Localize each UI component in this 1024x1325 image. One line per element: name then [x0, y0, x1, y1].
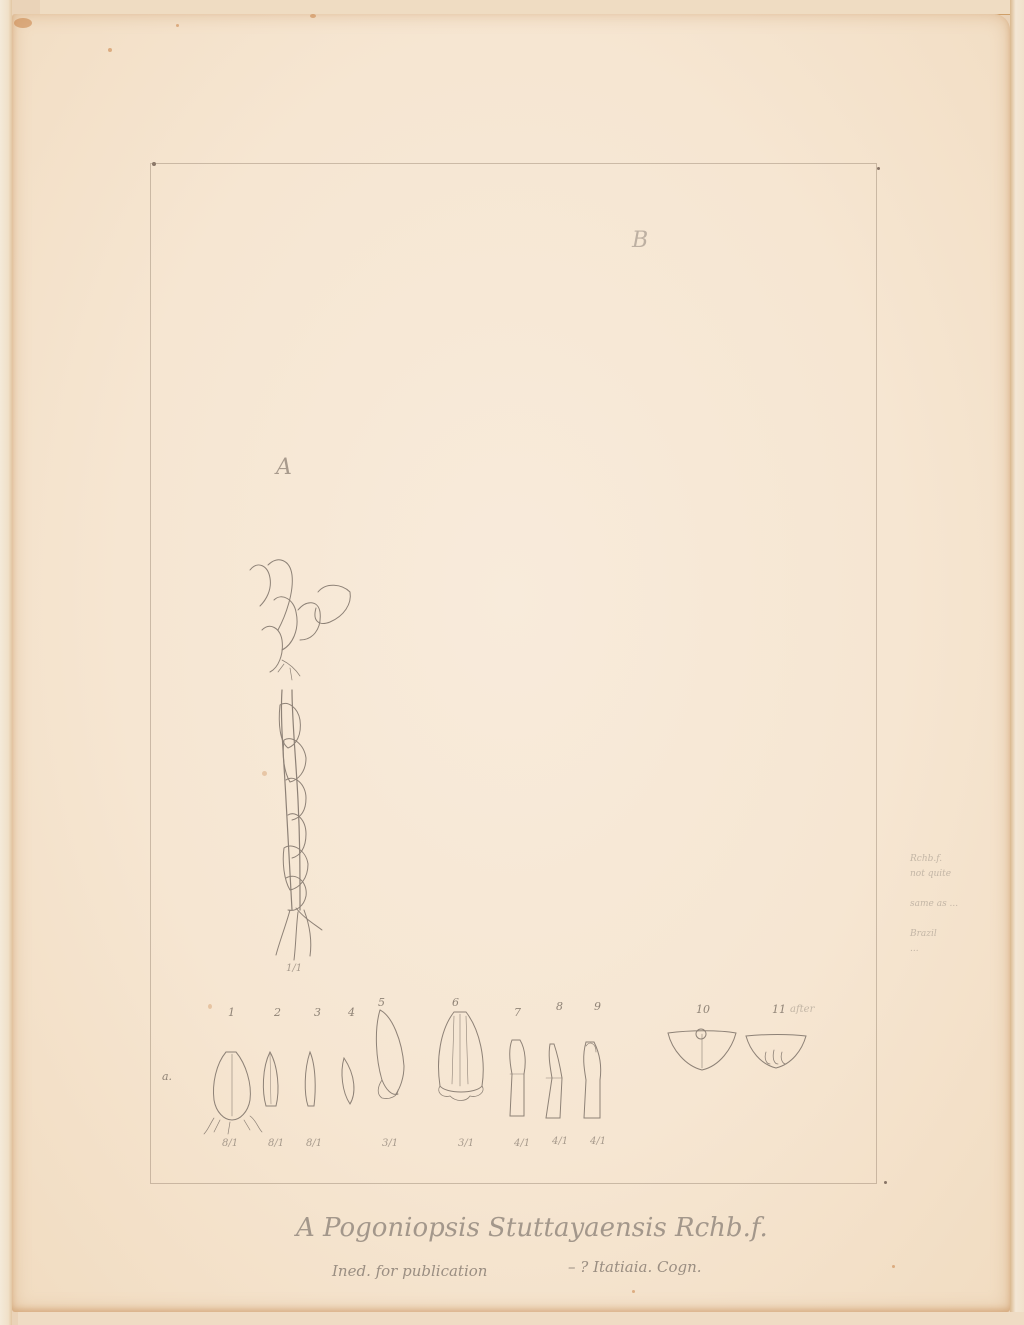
figure-number-7: 7 [514, 1006, 521, 1019]
plate-label-a: A [276, 455, 292, 480]
habit-scale-label: 1/1 [286, 963, 302, 974]
figure-number-10: 10 [696, 1003, 710, 1016]
figure-scale-6: 3/1 [458, 1138, 474, 1149]
figure-number-1: 1 [228, 1006, 235, 1019]
figure-number-6: 6 [452, 996, 459, 1009]
botanical-drawing [0, 0, 1024, 1325]
figure-scale-2: 8/1 [268, 1138, 284, 1149]
figure-number-2: 2 [274, 1006, 281, 1019]
margin-note: Rchb.f. not quite same as ... Brazil ... [910, 852, 958, 957]
figures-7-9-drawing [510, 1040, 601, 1118]
figure-number-3: 3 [314, 1006, 321, 1019]
figure-5-drawing [376, 1010, 404, 1099]
figure-1-drawing [204, 1052, 262, 1134]
figure-number-9: 9 [594, 1000, 601, 1013]
figure-6-drawing [439, 1012, 484, 1101]
plate-label-b: B [632, 228, 648, 253]
figure-scale-7: 4/1 [514, 1138, 530, 1149]
habit-illustration [250, 560, 350, 960]
dissection-marker: a. [162, 1070, 172, 1083]
figure-number-5: 5 [378, 996, 385, 1009]
caption-publication-note: Ined. for publication [332, 1262, 487, 1280]
caption-synonym-note: – ? Itatiaia. Cogn. [568, 1258, 702, 1276]
figure-11-note: after [790, 1004, 814, 1015]
figure-number-8: 8 [556, 1000, 563, 1013]
figure-number-11: 11 [772, 1003, 786, 1016]
figure-scale-3: 8/1 [306, 1138, 322, 1149]
figure-scale-5: 3/1 [382, 1138, 398, 1149]
figures-2-4-drawing [263, 1052, 354, 1106]
figure-scale-8: 4/1 [552, 1136, 568, 1147]
figure-number-4: 4 [348, 1006, 355, 1019]
figures-10-11-drawing [668, 1029, 806, 1070]
caption-species-name: A Pogoniopsis Stuttayaensis Rchb.f. [296, 1213, 768, 1243]
figure-scale-1: 8/1 [222, 1138, 238, 1149]
figure-scale-9: 4/1 [590, 1136, 606, 1147]
